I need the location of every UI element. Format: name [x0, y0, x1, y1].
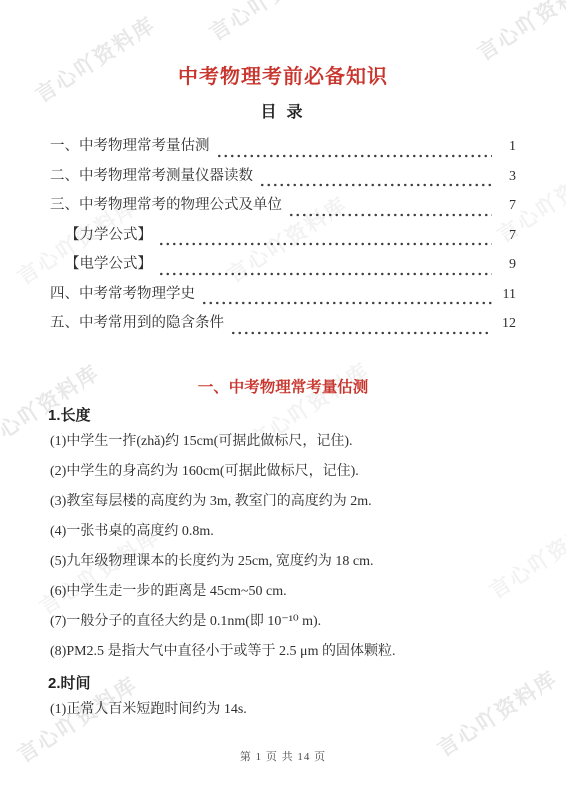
watermark-text: 言心吖资料库 — [471, 0, 566, 67]
body-line: (7)一般分子的直径大约是 0.1nm(即 10⁻¹⁰ m). — [50, 607, 530, 637]
page-footer: 第 1 页 共 14 页 — [0, 748, 566, 764]
toc-page-number: 11 — [498, 287, 516, 303]
subsection-time-items: (1)正常人百米短跑时间约为 14s. — [50, 695, 530, 725]
watermark-text: 言心吖资料库 — [203, 0, 335, 47]
toc-dotted-leader — [158, 272, 492, 276]
toc-page-number: 3 — [498, 169, 516, 185]
toc-page-number: 1 — [498, 139, 516, 155]
toc-dotted-leader — [201, 301, 492, 305]
body-line: (6)中学生走一步的距离是 45cm~50 cm. — [50, 577, 530, 607]
toc-row: 【电学公式】 9 — [50, 252, 516, 282]
body-line: (1)中学生一拃(zhǎ)约 15cm(可据此做标尺，记住). — [50, 427, 530, 457]
body-line: (1)正常人百米短跑时间约为 14s. — [50, 695, 530, 725]
toc-dotted-leader — [288, 213, 492, 217]
toc-dotted-leader — [216, 154, 493, 158]
body-line: (2)中学生的身高约为 160cm(可据此做标尺，记住). — [50, 457, 530, 487]
table-of-contents: 一、中考物理常考量估测 1 二、中考物理常考测量仪器读数 3 三、中考物理常考的… — [50, 134, 516, 341]
toc-entry-label: 一、中考物理常考量估测 — [50, 134, 210, 155]
section-heading: 一、中考物理常考量估测 — [0, 377, 566, 399]
toc-dotted-leader — [230, 331, 492, 335]
toc-entry-label: 【力学公式】 — [65, 223, 152, 244]
body-line: (8)PM2.5 是指大气中直径小于或等于 2.5 μm 的固体颗粒. — [50, 637, 530, 667]
body-line: (4)一张书桌的高度约 0.8m. — [50, 517, 530, 547]
toc-dotted-leader — [158, 242, 492, 246]
subsection-length-items: (1)中学生一拃(zhǎ)约 15cm(可据此做标尺，记住). (2)中学生的身… — [50, 427, 530, 667]
toc-row: 二、中考物理常考测量仪器读数 3 — [50, 164, 516, 194]
subsection-heading-length: 1.长度 — [48, 405, 526, 427]
toc-entry-label: 四、中考常考物理学史 — [50, 282, 195, 303]
body-line: (3)教室每层楼的高度约为 3m, 教室门的高度约为 2m. — [50, 487, 530, 517]
document-page: 言心吖资料库 言心吖资料库 言心吖资料库 言心吖资料库 言心吖资料库 言心吖资料… — [0, 0, 566, 800]
toc-entry-label: 二、中考物理常考测量仪器读数 — [50, 164, 253, 185]
subsection-heading-time: 2.时间 — [48, 673, 526, 695]
document-content: 中考物理考前必备知识 目 录 一、中考物理常考量估测 1 二、中考物理常考测量仪… — [0, 64, 566, 725]
toc-row: 【力学公式】 7 — [50, 223, 516, 253]
toc-entry-label: 三、中考物理常考的物理公式及单位 — [50, 193, 282, 214]
toc-row: 五、中考常用到的隐含条件 12 — [50, 311, 516, 341]
toc-page-number: 7 — [498, 198, 516, 214]
toc-entry-label: 【电学公式】 — [65, 252, 152, 273]
toc-heading: 目 录 — [0, 102, 566, 124]
page-title: 中考物理考前必备知识 — [0, 64, 566, 90]
toc-row: 一、中考物理常考量估测 1 — [50, 134, 516, 164]
body-line: (5)九年级物理课本的长度约为 25cm, 宽度约为 18 cm. — [50, 547, 530, 577]
toc-row: 四、中考常考物理学史 11 — [50, 282, 516, 312]
toc-page-number: 12 — [498, 316, 516, 332]
toc-entry-label: 五、中考常用到的隐含条件 — [50, 311, 224, 332]
toc-row: 三、中考物理常考的物理公式及单位 7 — [50, 193, 516, 223]
toc-dotted-leader — [259, 183, 492, 187]
toc-page-number: 7 — [498, 228, 516, 244]
toc-page-number: 9 — [498, 257, 516, 273]
